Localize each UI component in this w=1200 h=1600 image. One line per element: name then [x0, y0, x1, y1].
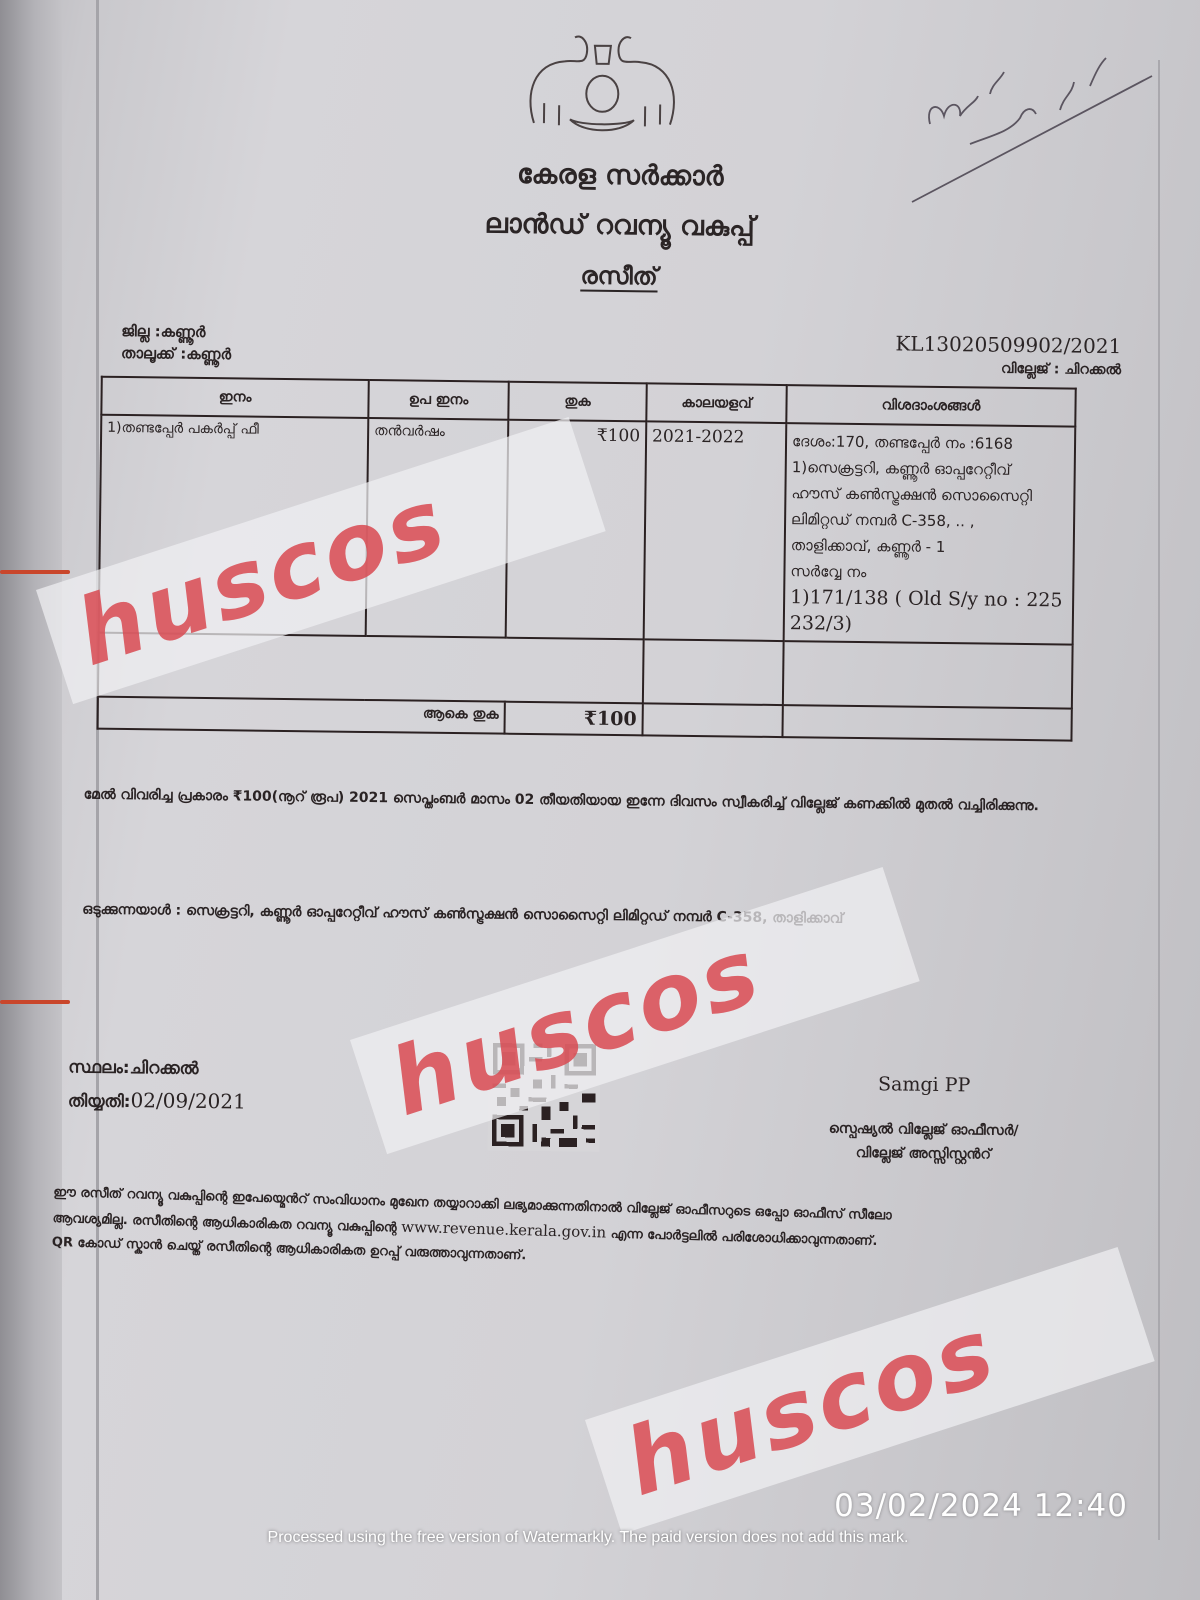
date-label: തിയ്യതി: — [68, 1091, 131, 1112]
total-label: ആകെ തുക — [98, 697, 505, 734]
designation-line: വില്ലേജ് അസ്സിസ്റ്റൻറ് — [763, 1140, 1083, 1168]
date-value: 02/09/2021 — [130, 1088, 246, 1113]
details-line: 1)171/138 ( Old S/y no : 225 — [790, 584, 1067, 613]
payer-text: ഒടുക്കുന്നയാൾ : സെക്രട്ടറി, കണ്ണൂർ ഓപ്പറ… — [82, 899, 1082, 933]
blank-cell — [782, 705, 1071, 741]
details-line: ഹൗസ് കൺസ്ട്രക്ഷൻ സൊസൈറ്റി — [791, 480, 1068, 509]
blank-cell — [643, 639, 784, 705]
footer-note: ഈ രസീത് റവന്യൂ വകുപ്പിന്റെ ഇപേയ്മെൻറ് സം… — [52, 1181, 1094, 1284]
place-label: സ്ഥലം:ചിറക്കൽ — [68, 1051, 246, 1085]
footer-text: എന്ന പോർട്ടലിൽ പരിശോധിക്കാവുന്നതാണ്. — [610, 1227, 877, 1249]
place-date-block: സ്ഥലം:ചിറക്കൽ തിയ്യതി:02/09/2021 — [68, 1051, 247, 1119]
blank-cell — [642, 703, 782, 737]
document-type-title: രസീത് — [64, 255, 1174, 297]
signatory-designation: സ്പെഷ്യൽ വില്ലേജ് ഓഫീസർ/ വില്ലേജ് അസ്സിസ… — [763, 1116, 1084, 1168]
col-header-amount: തുക — [508, 382, 646, 422]
details-line: സർവ്വേ നം — [790, 558, 1067, 587]
col-header-details: വിശദാംശങ്ങൾ — [786, 385, 1075, 427]
details-line: ദേശം:170, തണ്ടപ്പേർ നം :6168 — [792, 428, 1069, 457]
district-label: ജില്ല :കണ്ണൂർ — [121, 320, 231, 343]
details-cell: ദേശം:170, തണ്ടപ്പേർ നം :6168 1)സെക്രട്ടറ… — [784, 423, 1076, 645]
receipt-number: KL13020509902/2021 — [895, 331, 1121, 358]
blank-cell — [783, 641, 1073, 709]
handwritten-note — [900, 24, 1160, 224]
col-header-item: ഇനം — [101, 377, 368, 418]
details-line: 1)സെക്രട്ടറി, കണ്ണൂർ ഓപ്പറേറ്റീവ് — [792, 454, 1069, 483]
processed-notice: Processed using the free version of Wate… — [0, 1529, 1176, 1547]
acknowledgement-text: മേൽ വിവരിച്ച പ്രകാരം ₹100(നൂറ് രൂപ) 2021… — [84, 784, 1084, 818]
location-meta: ജില്ല :കണ്ണൂർ താലൂക്ക് :കണ്ണൂർ — [121, 320, 231, 365]
receipt-meta: KL13020509902/2021 വില്ലേജ് : ചിറക്കൽ — [895, 331, 1121, 378]
details-line: ലിമിറ്റഡ് നമ്പർ C-358, .. , — [791, 506, 1068, 535]
village-label: വില്ലേജ് : ചിറക്കൽ — [895, 359, 1121, 378]
total-amount: ₹100 — [504, 702, 642, 736]
date-row: തിയ്യതി:02/09/2021 — [68, 1083, 246, 1119]
signatory-block: Samgi PP സ്പെഷ്യൽ വില്ലേജ് ഓഫീസർ/ വില്ലേ… — [763, 1072, 1084, 1168]
taluk-label: താലൂക്ക് :കണ്ണൂർ — [121, 342, 231, 365]
details-line: താളിക്കാവ്, കണ്ണൂർ - 1 — [791, 532, 1068, 561]
photo-timestamp: 03/02/2024 12:40 — [834, 1488, 1128, 1524]
kerala-emblem-icon — [514, 23, 691, 143]
period-cell: 2021-2022 — [644, 421, 787, 641]
col-header-period: കാലയളവ് — [646, 383, 786, 423]
signatory-name: Samgi PP — [764, 1072, 1084, 1098]
revenue-portal-link[interactable]: www.revenue.kerala.gov.in — [401, 1218, 606, 1242]
col-header-sub-item: ഉപ ഇനം — [368, 380, 508, 420]
details-line: 232/3) — [790, 610, 1067, 639]
